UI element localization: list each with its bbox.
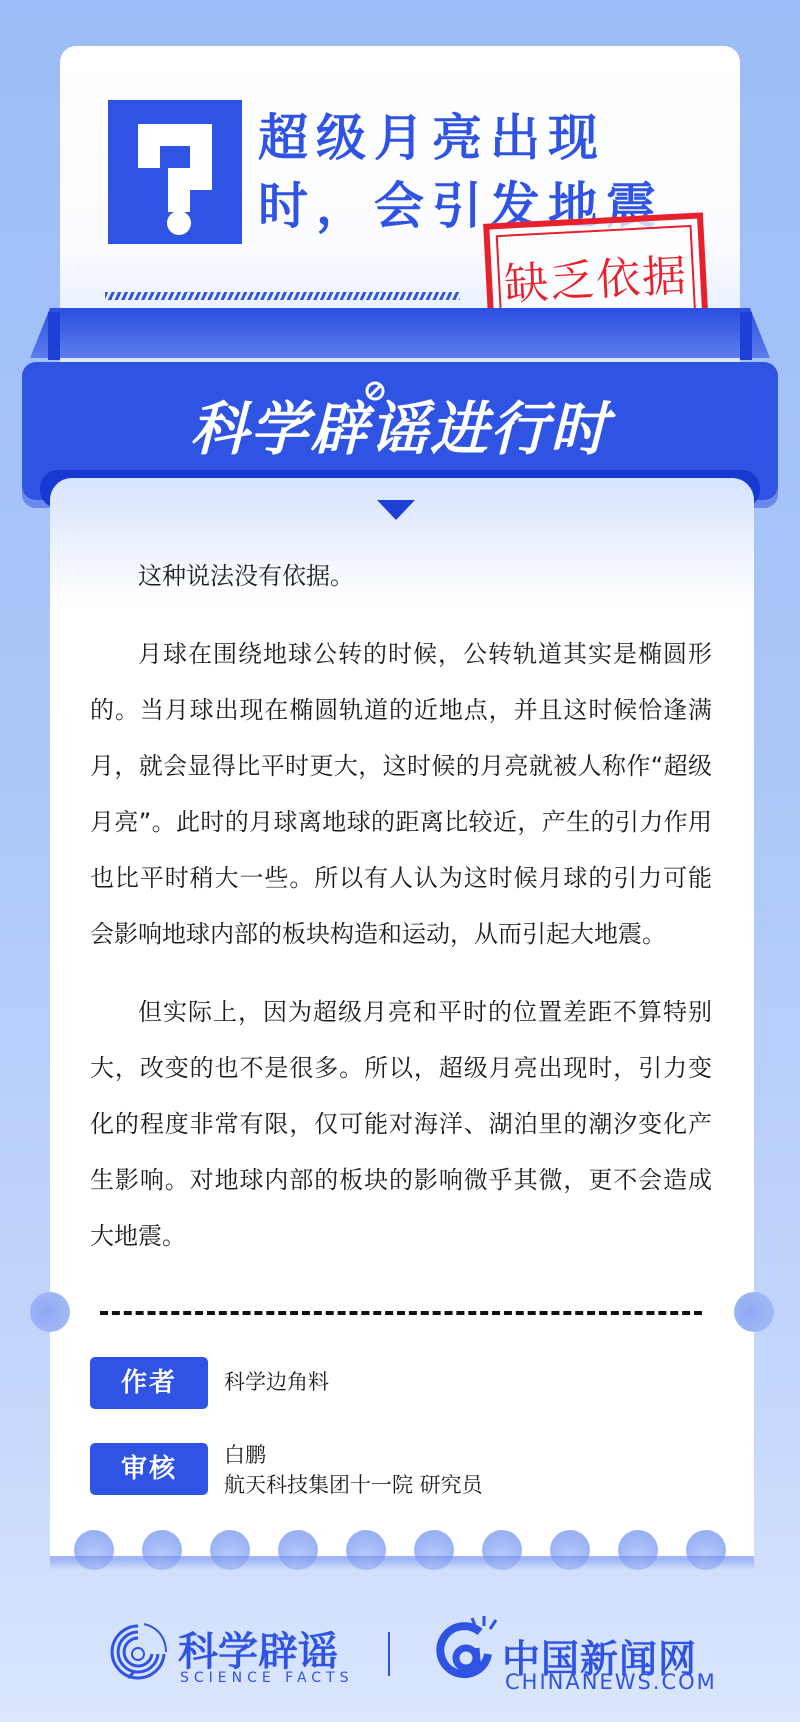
arrow-down-icon (377, 500, 415, 520)
card-shadow (50, 1556, 754, 1570)
ticket-notch-right (734, 1292, 774, 1332)
banner-title: 科学辟谣进行时 (0, 382, 800, 466)
ticket-notch-left (30, 1292, 70, 1332)
logo-divider (388, 1632, 390, 1676)
reviewer-info: 白鹏 航天科技集团十一院 研究员 (224, 1440, 483, 1500)
chinanews-at-logo-icon (432, 1614, 504, 1688)
ban-icon (364, 380, 386, 402)
footer-logos: 科学辟谣 SCIENCE FACTS 中国新闻网 CHINANEWS.COM (0, 1590, 800, 1700)
author-label: 作者 (90, 1357, 208, 1409)
article-paragraph: 月球在围绕地球公转的时候，公转轨道其实是椭圆形的。当月球出现在椭圆轨道的近地点，… (90, 626, 712, 962)
headline-line-1: 超级月亮出现 (258, 104, 678, 172)
hatch-divider (105, 292, 460, 300)
reviewer-label: 审核 (90, 1443, 208, 1495)
science-facts-logo-icon (108, 1620, 170, 1684)
ticket-scallop-edge (50, 1530, 754, 1558)
reviewer-name: 白鹏 (224, 1440, 483, 1470)
tray-wall-right (740, 312, 752, 360)
science-facts-logo-cn: 科学辟谣 (178, 1620, 338, 1677)
stamp-text: 缺乏依据 (502, 239, 689, 313)
tray-wall-left (48, 312, 60, 360)
dashed-divider (100, 1311, 702, 1315)
article-paragraph: 这种说法没有依据。 (90, 548, 712, 604)
chinanews-logo-en: CHINANEWS.COM (505, 1670, 717, 1694)
article-body: 这种说法没有依据。 月球在围绕地球公转的时候，公转轨道其实是椭圆形的。当月球出现… (90, 548, 712, 1286)
author-value: 科学边角料 (224, 1367, 329, 1397)
article-paragraph: 但实际上，因为超级月亮和平时的位置差距不算特别大，改变的也不是很多。所以，超级月… (90, 984, 712, 1264)
question-mark-icon (108, 100, 242, 244)
reviewer-title: 航天科技集团十一院 研究员 (224, 1470, 483, 1500)
science-facts-logo-en: SCIENCE FACTS (180, 1670, 354, 1686)
tray-back (30, 308, 770, 358)
